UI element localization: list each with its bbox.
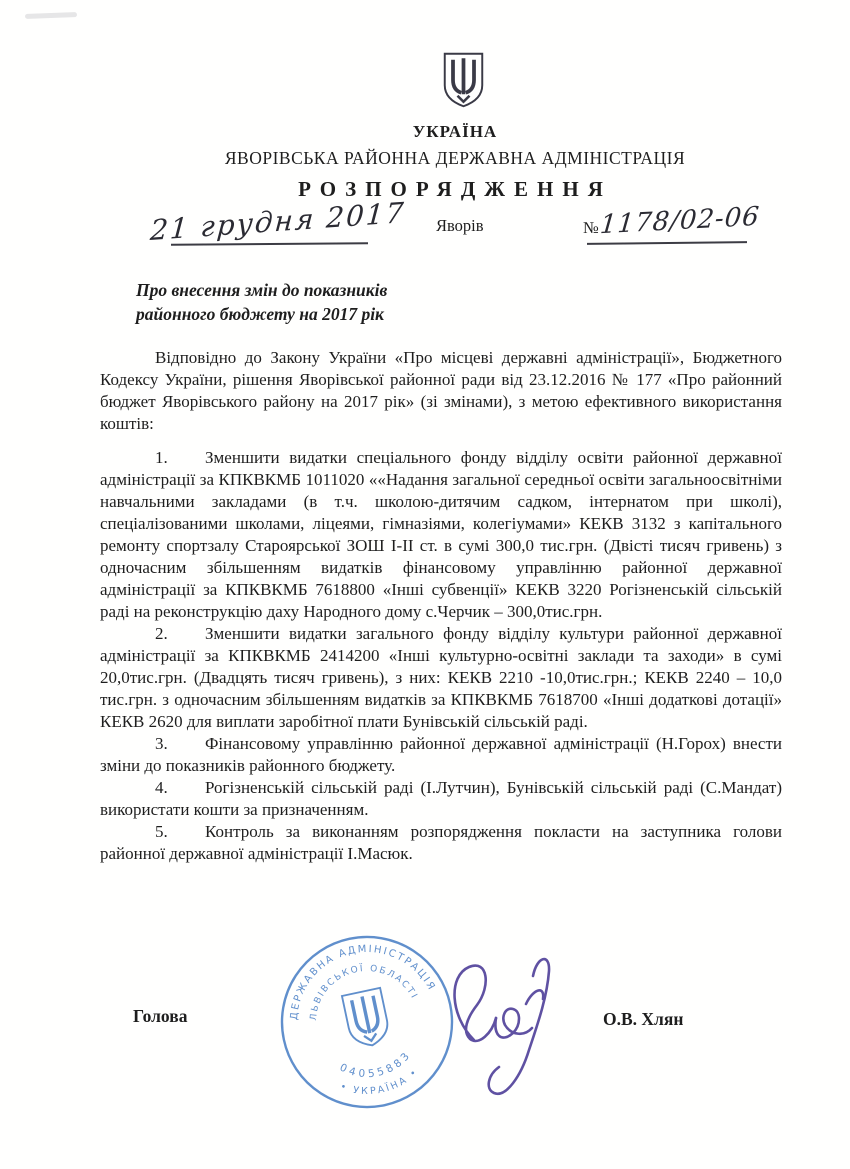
order-item-2: 2.Зменшити видатки загального фонду відд… <box>100 623 782 733</box>
item-number: 4. <box>155 777 205 799</box>
svg-text:ДЕРЖАВНА АДМІНІСТРАЦІЯ: ДЕРЖАВНА АДМІНІСТРАЦІЯ <box>277 930 438 1023</box>
date-underline <box>171 242 368 245</box>
number-handwritten: 1178/02-06 <box>599 202 761 241</box>
document-body: Про внесення змін до показників районног… <box>100 278 782 865</box>
date-handwritten: 21 грудня 2017 <box>149 196 406 247</box>
order-item-5: 5.Контроль за виконанням розпорядження п… <box>100 821 782 865</box>
order-item-4: 4.Рогізненській сільській раді (І.Лутчин… <box>100 777 782 821</box>
document-title: Про внесення змін до показників районног… <box>136 278 782 326</box>
number-underline <box>587 241 747 245</box>
item-text: Зменшити видатки спеціального фонду відд… <box>100 448 782 621</box>
scan-artifact <box>25 12 77 19</box>
stamp-outer-text: ДЕРЖАВНА АДМІНІСТРАЦІЯ <box>277 930 438 1023</box>
scanned-document-page: УКРАЇНА ЯВОРІВСЬКА РАЙОННА ДЕРЖАВНА АДМІ… <box>0 0 850 1169</box>
item-number: 2. <box>155 623 205 645</box>
intro-paragraph: Відповідно до Закону України «Про місцев… <box>100 347 782 435</box>
number-label: № <box>583 218 599 238</box>
document-title-line2: районного бюджету на 2017 рік <box>136 302 782 326</box>
organization-name: ЯВОРІВСЬКА РАЙОННА ДЕРЖАВНА АДМІНІСТРАЦІ… <box>60 148 850 169</box>
signatory-name: О.В. Хлян <box>603 1009 683 1030</box>
order-item-3: 3.Фінансовому управлінню районної держав… <box>100 733 782 777</box>
country-name: УКРАЇНА <box>60 122 850 142</box>
place-name: Яворів <box>436 216 484 236</box>
signatory-title: Голова <box>133 1006 187 1027</box>
document-type-title: РОЗПОРЯДЖЕННЯ <box>60 177 850 202</box>
item-number: 5. <box>155 821 205 843</box>
signature <box>436 944 588 1112</box>
document-title-line1: Про внесення змін до показників <box>136 278 782 302</box>
item-number: 1. <box>155 447 205 469</box>
stamp-trident-icon <box>342 988 391 1050</box>
trident-emblem-icon <box>441 50 486 110</box>
item-number: 3. <box>155 733 205 755</box>
order-item-1: 1.Зменшити видатки спеціального фонду ві… <box>100 447 782 623</box>
